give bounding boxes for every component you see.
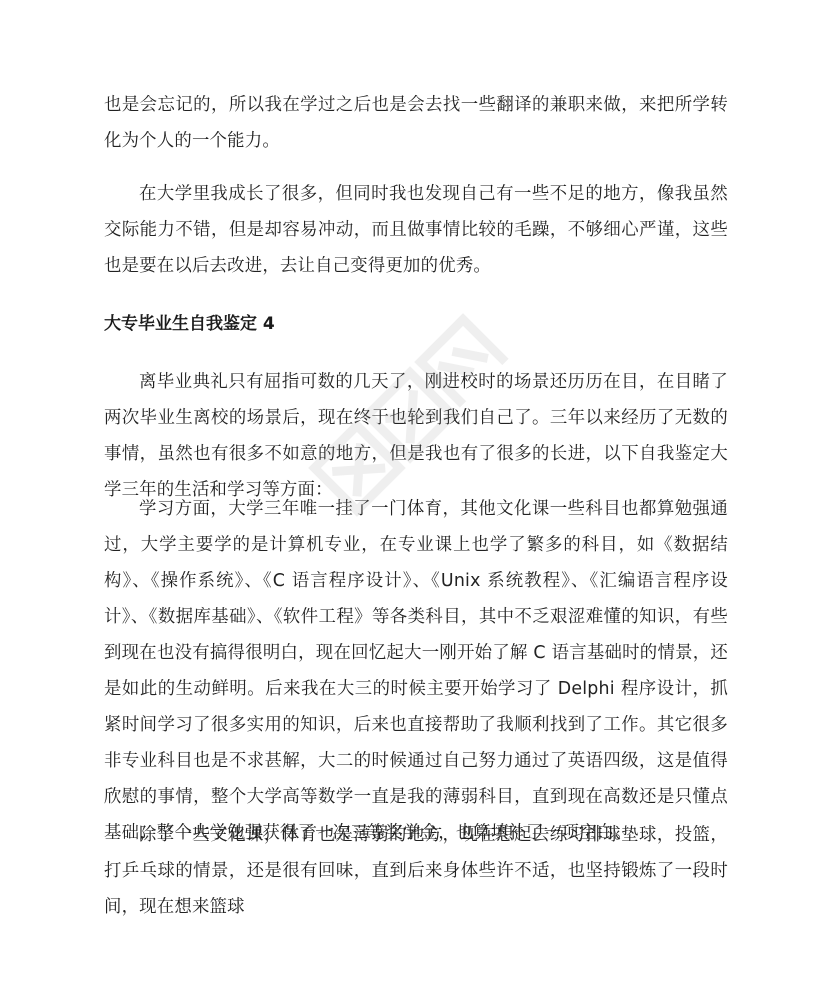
paragraph-sports: 除了一些文化课，体育也是薄弱的地方，现在想起去练习排球垫球，投篮，打乒乓球的情景… (104, 817, 728, 925)
paragraph-self-reflection: 在大学里我成长了很多，但同时我也发现自己有一些不足的地方，像我虽然交际能力不错，… (104, 176, 728, 284)
paragraph-continuation: 也是会忘记的，所以我在学过之后也是会去找一些翻译的兼职来做，来把所学转化为个人的… (104, 87, 728, 159)
paragraph-intro: 离毕业典礼只有屈指可数的几天了，刚进校时的场景还历历在目，在目睹了两次毕业生离校… (104, 364, 728, 508)
paragraph-study: 学习方面，大学三年唯一挂了一门体育，其他文化课一些科目也都算勉强通过，大学主要学… (104, 491, 728, 851)
section-heading: 大专毕业生自我鉴定 4 (104, 309, 275, 339)
